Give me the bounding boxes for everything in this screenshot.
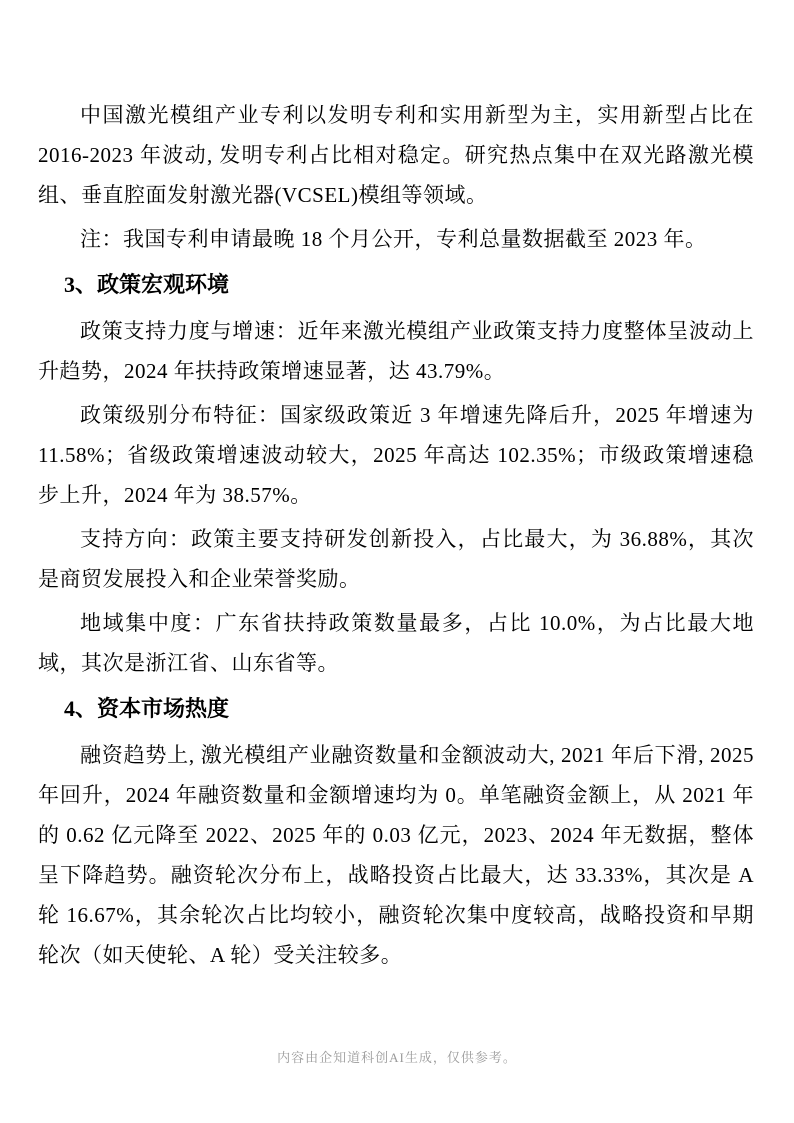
section-heading-policy-environment: 3、政策宏观环境 xyxy=(38,265,754,305)
paragraph-patent-overview: 中国激光模组产业专利以发明专利和实用新型为主，实用新型占比在 2016-2023… xyxy=(38,95,754,215)
ai-disclaimer-footer: 内容由企知道科创AI生成，仅供参考。 xyxy=(0,1048,794,1068)
paragraph-patent-note: 注：我国专利申请最晚 18 个月公开，专利总量数据截至 2023 年。 xyxy=(38,219,754,259)
paragraph-support-direction: 支持方向：政策主要支持研发创新投入，占比最大，为 36.88%，其次是商贸发展投… xyxy=(38,519,754,599)
document-page: 中国激光模组产业专利以发明专利和实用新型为主，实用新型占比在 2016-2023… xyxy=(0,0,794,1123)
paragraph-policy-support-strength: 政策支持力度与增速：近年来激光模组产业政策支持力度整体呈波动上升趋势，2024 … xyxy=(38,311,754,391)
section-heading-capital-market: 4、资本市场热度 xyxy=(38,689,754,729)
paragraph-region-concentration: 地域集中度：广东省扶持政策数量最多，占比 10.0%，为占比最大地域，其次是浙江… xyxy=(38,603,754,683)
paragraph-policy-level-distribution: 政策级别分布特征：国家级政策近 3 年增速先降后升，2025 年增速为 11.5… xyxy=(38,395,754,515)
paragraph-financing-trend: 融资趋势上, 激光模组产业融资数量和金额波动大, 2021 年后下滑, 2025… xyxy=(38,735,754,975)
